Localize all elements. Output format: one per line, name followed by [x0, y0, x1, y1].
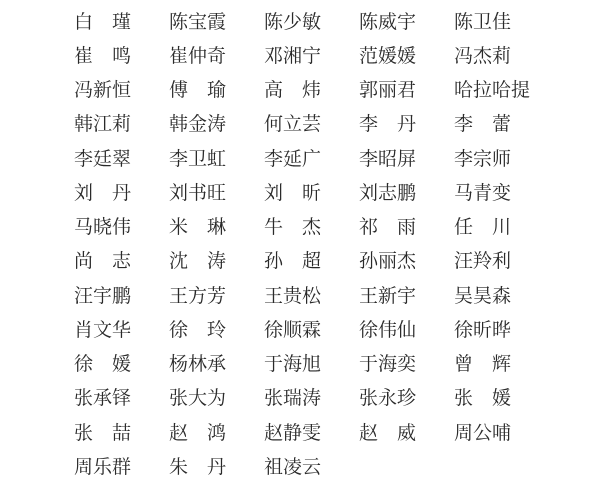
name-entry: 尚志 [74, 245, 131, 279]
name-character: 鸿 [207, 424, 226, 443]
name-entry: 高炜 [264, 74, 321, 108]
name-entry: 韩金涛 [169, 108, 264, 142]
name-entry: 张媛 [454, 382, 511, 416]
name-entry: 李廷翠 [74, 142, 169, 176]
name-entry: 肖文华 [74, 313, 169, 347]
name-list-grid: 白瑾陈宝霞陈少敏陈威宇陈卫佳崔鸣崔仲奇邓湘宁范媛媛冯杰莉冯新恒傅瑜高炜郭丽君哈拉… [74, 5, 549, 485]
name-character: 孙 [264, 252, 283, 271]
name-entry: 祁雨 [359, 211, 416, 245]
name-entry: 李延广 [264, 142, 359, 176]
name-character: 傅 [169, 81, 188, 100]
name-character: 丹 [397, 115, 416, 134]
name-entry: 米琳 [169, 211, 226, 245]
name-entry: 朱丹 [169, 450, 226, 484]
name-entry: 张大为 [169, 382, 264, 416]
name-character: 尚 [74, 252, 93, 271]
name-entry: 刘志鹏 [359, 176, 454, 210]
name-character: 媛 [492, 389, 511, 408]
name-character: 瑜 [207, 81, 226, 100]
name-character: 张 [454, 389, 473, 408]
name-character: 任 [454, 218, 473, 237]
name-character: 刘 [264, 184, 283, 203]
name-entry: 李昭屏 [359, 142, 454, 176]
name-character: 徐 [169, 321, 188, 340]
name-entry: 吴昊森 [454, 279, 549, 313]
name-character: 媛 [112, 355, 131, 374]
name-entry: 陈少敏 [264, 5, 359, 39]
name-character: 赵 [359, 424, 378, 443]
name-entry: 沈涛 [169, 245, 226, 279]
name-character: 雨 [397, 218, 416, 237]
name-entry: 周公哺 [454, 416, 549, 450]
name-entry: 周乐群 [74, 450, 169, 484]
name-entry: 傅瑜 [169, 74, 226, 108]
name-entry: 崔鸣 [74, 39, 131, 73]
name-entry: 邓湘宁 [264, 39, 359, 73]
name-entry: 张瑞涛 [264, 382, 359, 416]
name-entry: 陈威宇 [359, 5, 454, 39]
name-entry: 陈卫佳 [454, 5, 549, 39]
name-entry: 徐伟仙 [359, 313, 454, 347]
name-character: 李 [454, 115, 473, 134]
name-character: 辉 [492, 355, 511, 374]
name-character: 鸣 [112, 47, 131, 66]
name-character: 川 [492, 218, 511, 237]
name-character: 崔 [74, 47, 93, 66]
name-character: 昕 [302, 184, 321, 203]
name-character: 瑾 [112, 13, 131, 32]
name-entry: 陈宝霞 [169, 5, 264, 39]
name-entry: 于海奕 [359, 348, 454, 382]
name-entry: 徐媛 [74, 348, 131, 382]
name-entry: 冯新恒 [74, 74, 169, 108]
name-character: 祁 [359, 218, 378, 237]
name-entry: 王新宇 [359, 279, 454, 313]
name-entry: 于海旭 [264, 348, 359, 382]
name-entry: 冯杰莉 [454, 39, 549, 73]
name-character: 丹 [207, 458, 226, 477]
name-entry: 李宗师 [454, 142, 549, 176]
name-entry: 哈拉哈提 [454, 74, 549, 108]
name-entry: 刘昕 [264, 176, 321, 210]
name-character: 沈 [169, 252, 188, 271]
name-entry: 马晓伟 [74, 211, 169, 245]
name-entry: 任川 [454, 211, 511, 245]
name-entry: 刘书旺 [169, 176, 264, 210]
name-character: 丹 [112, 184, 131, 203]
name-entry: 韩江莉 [74, 108, 169, 142]
name-character: 牛 [264, 218, 283, 237]
name-entry: 杨林承 [169, 348, 264, 382]
name-entry: 祖凌云 [264, 450, 359, 484]
name-character: 志 [112, 252, 131, 271]
name-entry: 徐昕晔 [454, 313, 549, 347]
name-character: 张 [74, 424, 93, 443]
name-entry: 张永珍 [359, 382, 454, 416]
name-entry: 范媛媛 [359, 39, 454, 73]
name-entry: 孙丽杰 [359, 245, 454, 279]
name-character: 杰 [302, 218, 321, 237]
name-character: 白 [74, 13, 93, 32]
name-entry: 李蕾 [454, 108, 511, 142]
name-entry: 张喆 [74, 416, 131, 450]
name-entry: 赵鸿 [169, 416, 226, 450]
name-entry: 马青变 [454, 176, 549, 210]
name-entry: 赵威 [359, 416, 416, 450]
name-entry: 王贵松 [264, 279, 359, 313]
name-character: 高 [264, 81, 283, 100]
name-character: 涛 [207, 252, 226, 271]
name-character: 徐 [74, 355, 93, 374]
name-entry: 徐顺霖 [264, 313, 359, 347]
name-entry: 刘丹 [74, 176, 131, 210]
name-entry: 汪羚利 [454, 245, 549, 279]
name-character: 玲 [207, 321, 226, 340]
name-character: 刘 [74, 184, 93, 203]
name-entry: 汪宇鹏 [74, 279, 169, 313]
name-entry: 曾辉 [454, 348, 511, 382]
name-character: 威 [397, 424, 416, 443]
name-character: 喆 [112, 424, 131, 443]
name-entry: 郭丽君 [359, 74, 454, 108]
name-entry: 李卫虹 [169, 142, 264, 176]
name-entry: 徐玲 [169, 313, 226, 347]
name-character: 曾 [454, 355, 473, 374]
name-character: 超 [302, 252, 321, 271]
name-character: 蕾 [492, 115, 511, 134]
name-entry: 李丹 [359, 108, 416, 142]
name-character: 米 [169, 218, 188, 237]
name-entry: 崔仲奇 [169, 39, 264, 73]
name-character: 赵 [169, 424, 188, 443]
name-entry: 孙超 [264, 245, 321, 279]
name-entry: 白瑾 [74, 5, 131, 39]
name-character: 朱 [169, 458, 188, 477]
name-character: 李 [359, 115, 378, 134]
name-entry: 牛杰 [264, 211, 321, 245]
name-entry: 赵静雯 [264, 416, 359, 450]
name-entry: 何立芸 [264, 108, 359, 142]
name-character: 炜 [302, 81, 321, 100]
name-entry: 王方芳 [169, 279, 264, 313]
name-entry: 张承铎 [74, 382, 169, 416]
name-character: 琳 [207, 218, 226, 237]
